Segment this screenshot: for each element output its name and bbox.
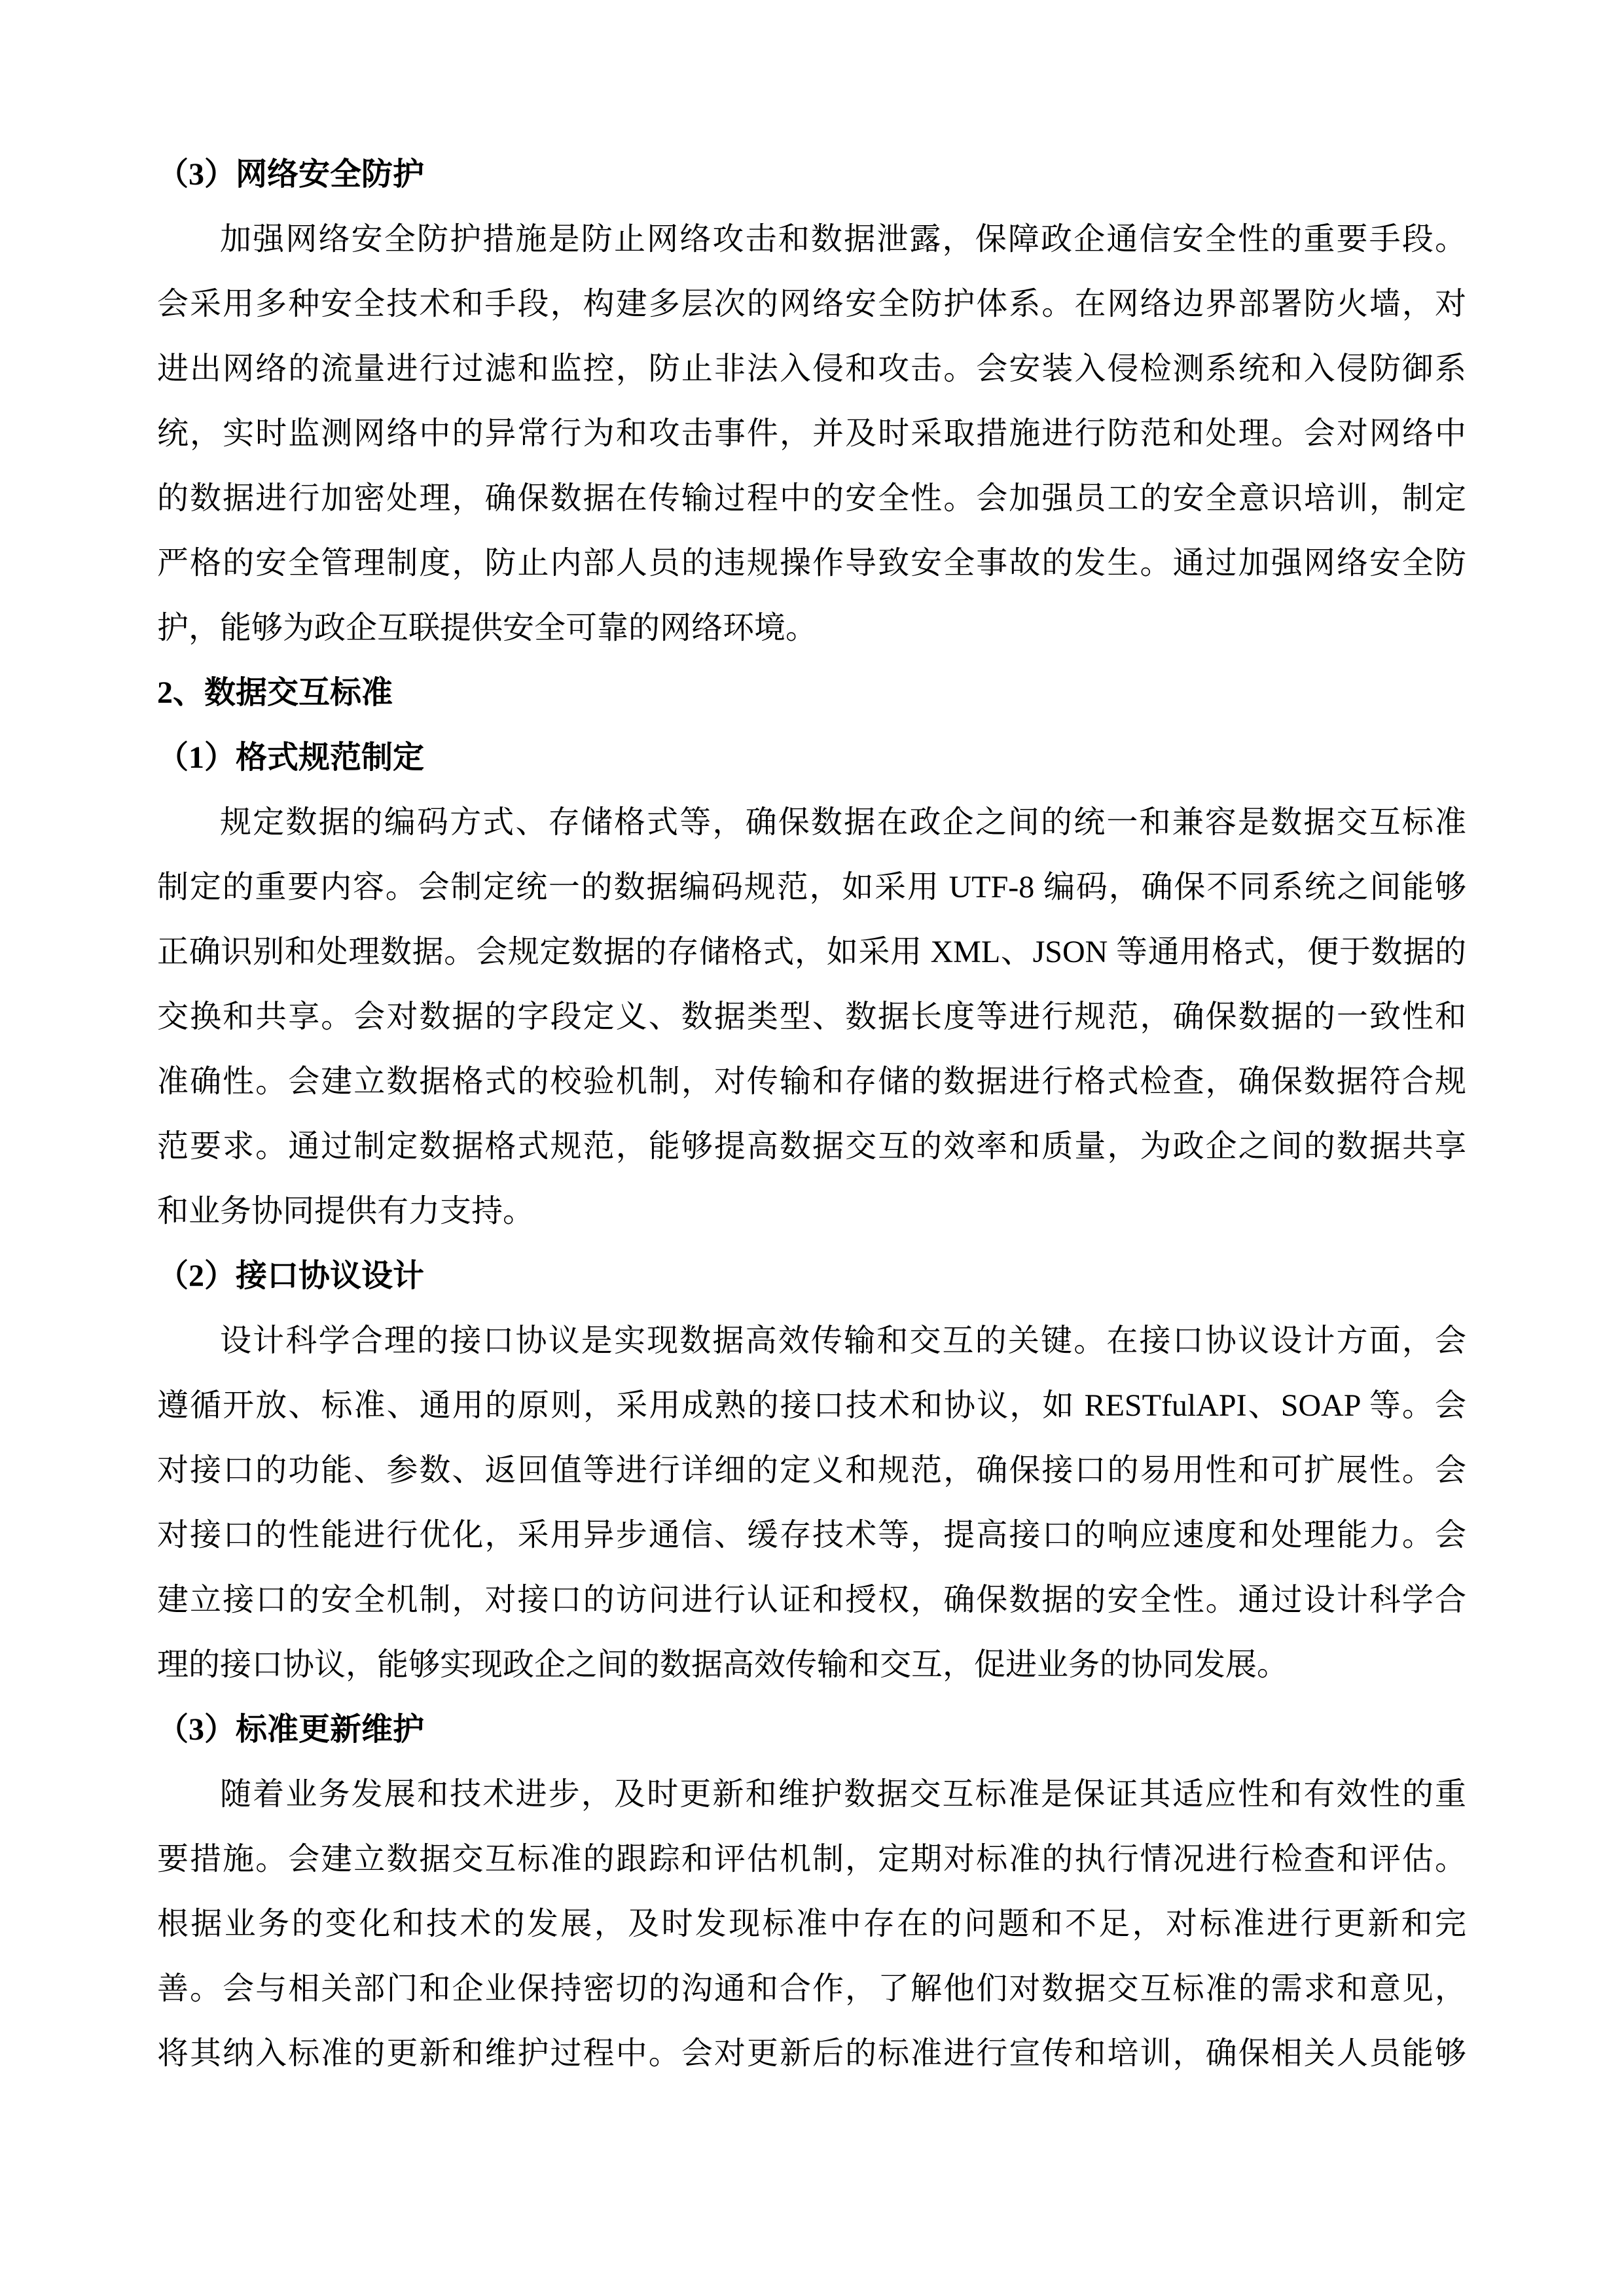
- paragraph-line: 根据业务的变化和技术的发展，及时发现标准中存在的问题和不足，对标准进行更新和完: [157, 1892, 1466, 1956]
- paragraph-line: 对接口的功能、参数、返回值等进行详细的定义和规范，确保接口的易用性和可扩展性。会: [157, 1438, 1466, 1503]
- paragraph-line: 交换和共享。会对数据的字段定义、数据类型、数据长度等进行规范，确保数据的一致性和: [157, 984, 1466, 1049]
- paragraph-line: 随着业务发展和技术进步，及时更新和维护数据交互标准是保证其适应性和有效性的重: [157, 1762, 1466, 1827]
- paragraph-line: 要措施。会建立数据交互标准的跟踪和评估机制，定期对标准的执行情况进行检查和评估。: [157, 1827, 1466, 1892]
- section-heading: （2）接口协议设计: [157, 1244, 1466, 1308]
- paragraph-line: 统，实时监测网络中的异常行为和攻击事件，并及时采取措施进行防范和处理。会对网络中: [157, 401, 1466, 466]
- paragraph-line: 加强网络安全防护措施是防止网络攻击和数据泄露，保障政企通信安全性的重要手段。: [157, 207, 1466, 272]
- paragraph-line: 将其纳入标准的更新和维护过程中。会对更新后的标准进行宣传和培训，确保相关人员能够: [157, 2021, 1466, 2086]
- paragraph-line: 护，能够为政企互联提供安全可靠的网络环境。: [157, 596, 1466, 660]
- section-heading: （3）网络安全防护: [157, 142, 1466, 207]
- paragraph-line: 严格的安全管理制度，防止内部人员的违规操作导致安全事故的发生。通过加强网络安全防: [157, 531, 1466, 596]
- section-heading: （3）标准更新维护: [157, 1697, 1466, 1762]
- document-page: （3）网络安全防护加强网络安全防护措施是防止网络攻击和数据泄露，保障政企通信安全…: [0, 0, 1624, 2296]
- paragraph-line: 的数据进行加密处理，确保数据在传输过程中的安全性。会加强员工的安全意识培训，制定: [157, 466, 1466, 531]
- paragraph-line: 理的接口协议，能够实现政企之间的数据高效传输和交互，促进业务的协同发展。: [157, 1632, 1466, 1697]
- paragraph-line: 设计科学合理的接口协议是实现数据高效传输和交互的关键。在接口协议设计方面，会: [157, 1308, 1466, 1373]
- paragraph-line: 遵循开放、标准、通用的原则，采用成熟的接口技术和协议，如 RESTfulAPI、…: [157, 1373, 1466, 1438]
- paragraph-line: 对接口的性能进行优化，采用异步通信、缓存技术等，提高接口的响应速度和处理能力。会: [157, 1503, 1466, 1568]
- paragraph-line: 范要求。通过制定数据格式规范，能够提高数据交互的效率和质量，为政企之间的数据共享: [157, 1114, 1466, 1179]
- paragraph-line: 规定数据的编码方式、存储格式等，确保数据在政企之间的统一和兼容是数据交互标准: [157, 790, 1466, 855]
- section-heading: （1）格式规范制定: [157, 725, 1466, 790]
- paragraph-line: 进出网络的流量进行过滤和监控，防止非法入侵和攻击。会安装入侵检测系统和入侵防御系: [157, 336, 1466, 401]
- paragraph-line: 建立接口的安全机制，对接口的访问进行认证和授权，确保数据的安全性。通过设计科学合: [157, 1568, 1466, 1632]
- section-heading: 2、数据交互标准: [157, 660, 1466, 725]
- paragraph-line: 和业务协同提供有力支持。: [157, 1179, 1466, 1244]
- paragraph-line: 准确性。会建立数据格式的校验机制，对传输和存储的数据进行格式检查，确保数据符合规: [157, 1049, 1466, 1114]
- paragraph-line: 会采用多种安全技术和手段，构建多层次的网络安全防护体系。在网络边界部署防火墙，对: [157, 272, 1466, 336]
- text-block: （3）网络安全防护加强网络安全防护措施是防止网络攻击和数据泄露，保障政企通信安全…: [157, 142, 1466, 2086]
- paragraph-line: 制定的重要内容。会制定统一的数据编码规范，如采用 UTF-8 编码，确保不同系统…: [157, 855, 1466, 920]
- paragraph-line: 正确识别和处理数据。会规定数据的存储格式，如采用 XML、JSON 等通用格式，…: [157, 920, 1466, 984]
- paragraph-line: 善。会与相关部门和企业保持密切的沟通和合作，了解他们对数据交互标准的需求和意见，: [157, 1956, 1466, 2021]
